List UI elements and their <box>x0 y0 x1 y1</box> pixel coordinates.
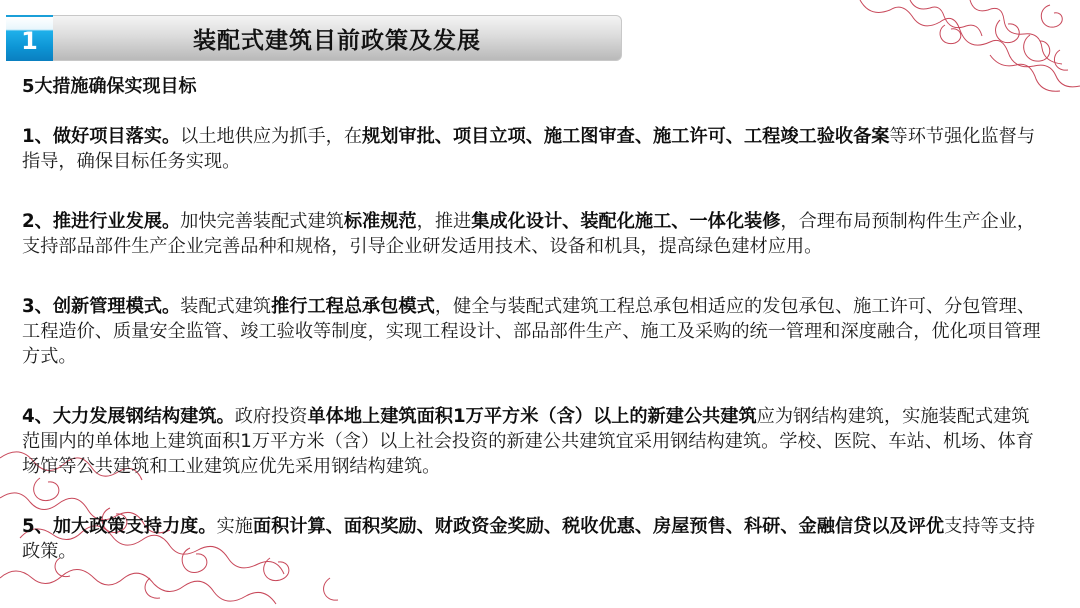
measure-heading: 1、做好项目落实。 <box>22 126 180 147</box>
measure-text: 实施 <box>217 516 253 537</box>
section-number: 1 <box>21 27 38 55</box>
measure-heading: 4、大力发展钢结构建筑。 <box>22 406 235 427</box>
measure-text: 以土地供应为抓手，在 <box>180 126 362 147</box>
section-header: 1 装配式建筑目前政策及发展 <box>6 15 622 61</box>
measure-emphasis: 规划审批、项目立项、施工图审查、施工许可、工程竣工验收备案 <box>362 126 889 147</box>
measure-text: ，推进 <box>417 211 472 232</box>
measure-emphasis: 标准规范 <box>344 211 417 232</box>
section-title: 装配式建筑目前政策及发展 <box>193 22 481 55</box>
measure-emphasis: 集成化设计、装配化施工、一体化装修 <box>471 211 780 232</box>
measure-text: 加快完善装配式建筑 <box>180 211 344 232</box>
measure-item: 4、大力发展钢结构建筑。政府投资单体地上建筑面积1万平方米（含）以上的新建公共建… <box>22 404 1042 479</box>
measure-item: 3、创新管理模式。装配式建筑推行工程总承包模式，健全与装配式建筑工程总承包相适应… <box>22 294 1042 369</box>
measure-item: 2、推进行业发展。加快完善装配式建筑标准规范，推进集成化设计、装配化施工、一体化… <box>22 209 1042 259</box>
measure-heading: 5、加大政策支持力度。 <box>22 516 217 537</box>
measure-emphasis: 推行工程总承包模式 <box>271 296 435 317</box>
section-number-badge: 1 <box>6 15 53 61</box>
measure-text: 政府投资 <box>235 406 308 427</box>
cloud-pattern-icon <box>850 0 1080 95</box>
subtitle: 5大措施确保实现目标 <box>22 72 197 98</box>
measure-text: 装配式建筑 <box>180 296 271 317</box>
measure-heading: 2、推进行业发展。 <box>22 211 180 232</box>
measure-item: 5、加大政策支持力度。实施面积计算、面积奖励、财政资金奖励、税收优惠、房屋预售、… <box>22 514 1042 564</box>
measure-heading: 3、创新管理模式。 <box>22 296 180 317</box>
measure-item: 1、做好项目落实。以土地供应为抓手，在规划审批、项目立项、施工图审查、施工许可、… <box>22 124 1042 174</box>
measure-emphasis: 面积计算、面积奖励、财政资金奖励、税收优惠、房屋预售、科研、金融信贷以及评优 <box>253 516 944 537</box>
section-title-bar: 装配式建筑目前政策及发展 <box>53 15 622 61</box>
measure-emphasis: 单体地上建筑面积1万平方米（含）以上的新建公共建筑 <box>307 406 756 427</box>
measures-list: 1、做好项目落实。以土地供应为抓手，在规划审批、项目立项、施工图审查、施工许可、… <box>22 124 1042 599</box>
